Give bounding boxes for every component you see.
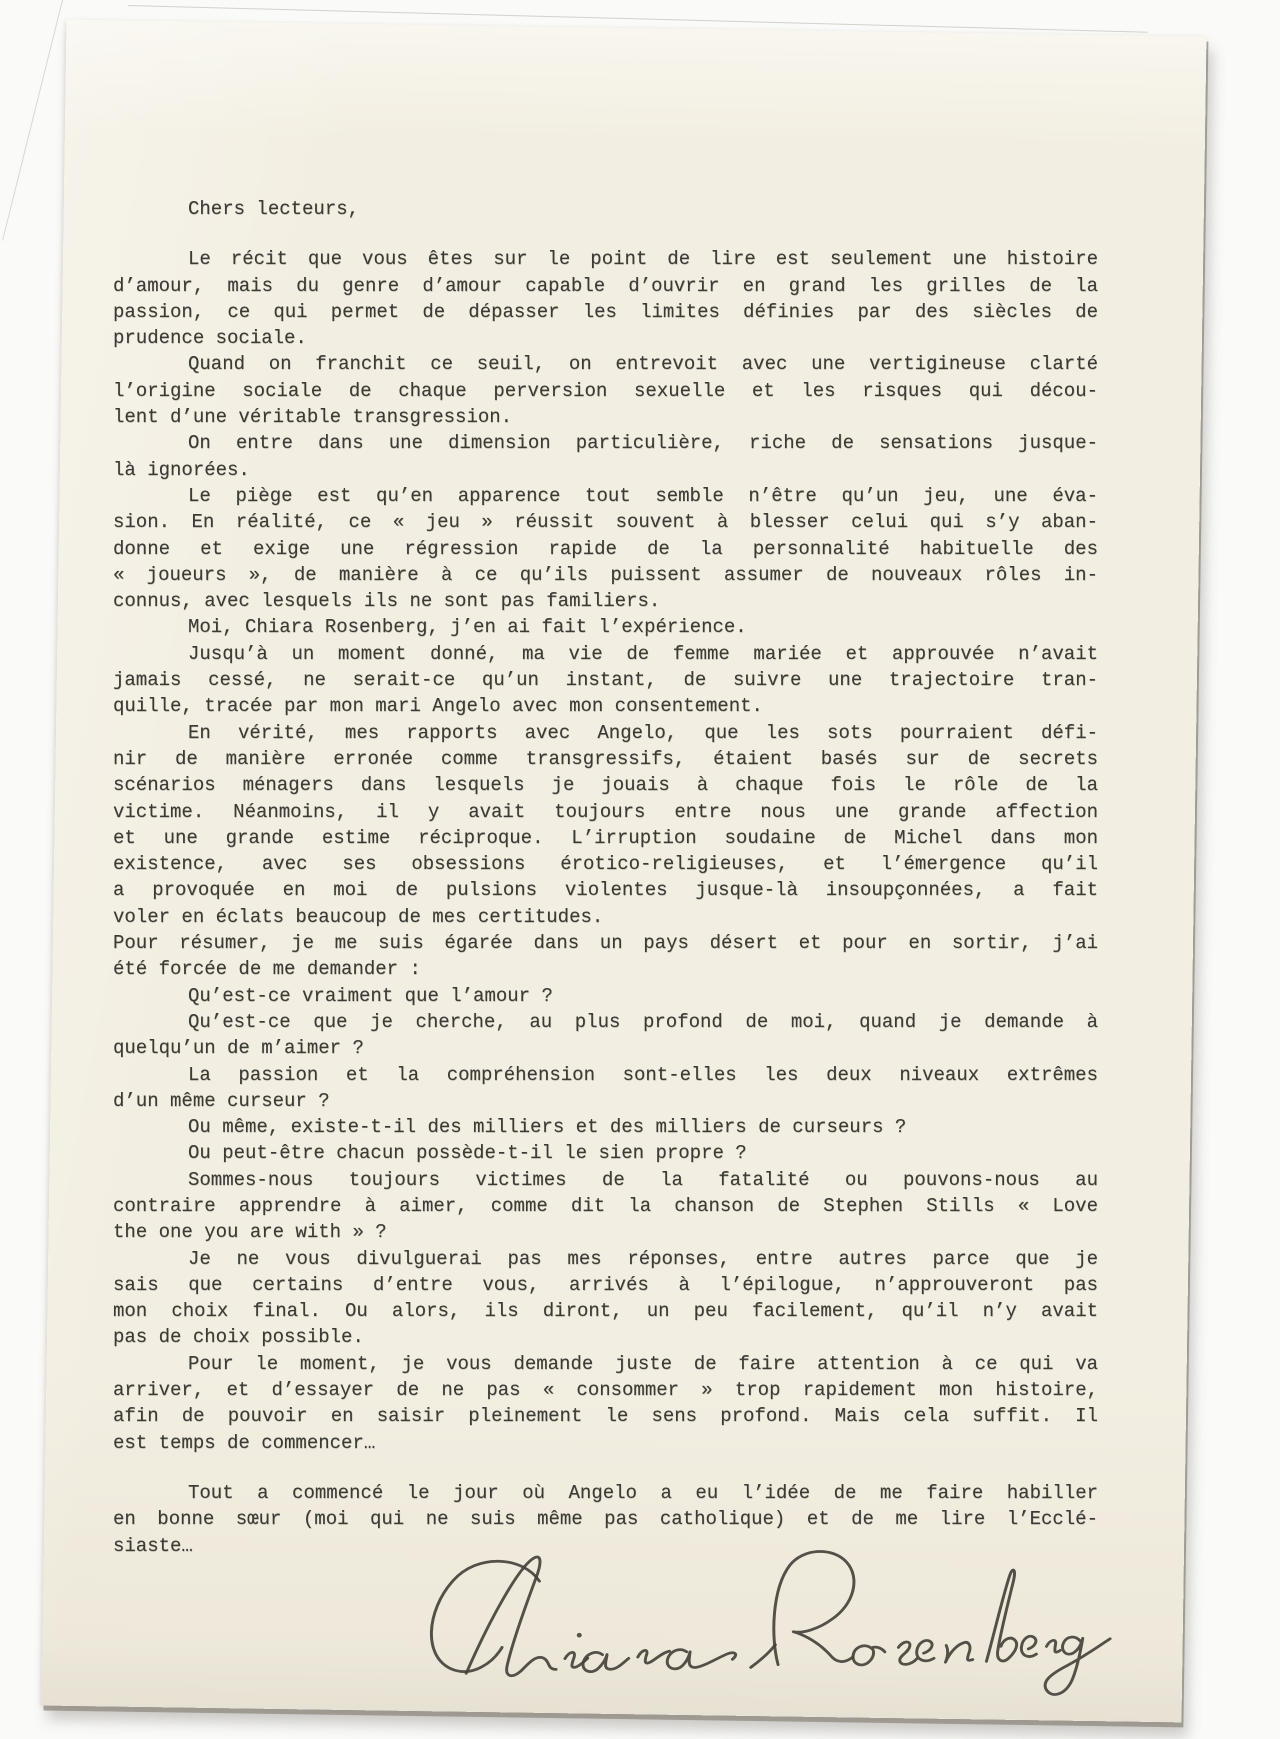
letter-line: mon choix final. Ou alors, ils diront, u… xyxy=(113,1298,1098,1324)
letter-line: Qu’est-ce que je cherche, au plus profon… xyxy=(113,1009,1098,1035)
letter-line: pas de choix possible. xyxy=(113,1324,1098,1350)
letter-line: nir de manière erronée comme transgressi… xyxy=(113,746,1098,772)
letter-line: lent d’une véritable transgression. xyxy=(113,404,1098,430)
letter-line: Le récit que vous êtes sur le point de l… xyxy=(113,246,1098,272)
letter-line: Le piège est qu’en apparence tout semble… xyxy=(113,483,1098,509)
letter-line: Quand on franchit ce seuil, on entrevoit… xyxy=(113,351,1098,377)
letter-line: Moi, Chiara Rosenberg, j’en ai fait l’ex… xyxy=(113,614,1098,640)
letter-line: d’amour, mais du genre d’amour capable d… xyxy=(113,273,1098,299)
letter-line: a provoquée en moi de pulsions violentes… xyxy=(113,877,1098,903)
letter-line: Qu’est-ce vraiment que l’amour ? xyxy=(113,983,1098,1009)
letter-line: Jusqu’à un moment donné, ma vie de femme… xyxy=(113,641,1098,667)
letter-line: Ou même, existe-t-il des milliers et des… xyxy=(113,1114,1098,1140)
letter-line: Je ne vous divulguerai pas mes réponses,… xyxy=(113,1246,1098,1272)
letter-line: Tout a commencé le jour où Angelo a eu l… xyxy=(113,1480,1098,1506)
letter-line: existence, avec ses obsessions érotico-r… xyxy=(113,851,1098,877)
letter-line: victime. Néanmoins, il y avait toujours … xyxy=(113,799,1098,825)
letter-line: est temps de commencer… xyxy=(113,1430,1098,1456)
letter-line: sais que certains d’entre vous, arrivés … xyxy=(113,1272,1098,1298)
letter-line: Sommes-nous toujours victimes de la fata… xyxy=(113,1167,1098,1193)
letter-line: On entre dans une dimension particulière… xyxy=(113,430,1098,456)
letter-line: donne et exige une régression rapide de … xyxy=(113,536,1098,562)
letter-line: afin de pouvoir en saisir pleinement le … xyxy=(113,1403,1098,1429)
letter-line: prudence sociale. xyxy=(113,325,1098,351)
letter-line: voler en éclats beaucoup de mes certitud… xyxy=(113,904,1098,930)
letter-line: Pour résumer, je me suis égarée dans un … xyxy=(113,930,1098,956)
letter-line: « joueurs », de manière à ce qu’ils puis… xyxy=(113,562,1098,588)
letter-line: jamais cessé, ne serait-ce qu’un instant… xyxy=(113,667,1098,693)
letter-line: quelqu’un de m’aimer ? xyxy=(113,1035,1098,1061)
letter-line: sion. En réalité, ce « jeu » réussit sou… xyxy=(113,509,1098,535)
letter-line: passion, ce qui permet de dépasser les l… xyxy=(113,299,1098,325)
letter-body: Chers lecteurs,Le récit que vous êtes su… xyxy=(113,196,1098,1559)
signature-ink-icon xyxy=(404,1538,1113,1711)
letter-line: Pour le moment, je vous demande juste de… xyxy=(113,1351,1098,1377)
letter-line: quille, tracée par mon mari Angelo avec … xyxy=(113,693,1098,719)
letter-line: the one you are with » ? xyxy=(113,1219,1098,1245)
letter-line: là ignorées. xyxy=(113,457,1098,483)
scanned-letter-page: Chers lecteurs,Le récit que vous êtes su… xyxy=(0,0,1280,1739)
letter-line: Chers lecteurs, xyxy=(113,196,1098,222)
letter-line: scénarios ménagers dans lesquels je joua… xyxy=(113,772,1098,798)
paper-edge-line-left xyxy=(2,0,65,241)
letter-line: été forcée de me demander : xyxy=(113,956,1098,982)
letter-line: connus, avec lesquels ils ne sont pas fa… xyxy=(113,588,1098,614)
letter-line: en bonne sœur (moi qui ne suis même pas … xyxy=(113,1506,1098,1532)
letter-line: En vérité, mes rapports avec Angelo, que… xyxy=(113,720,1098,746)
letter-line: l’origine sociale de chaque perversion s… xyxy=(113,378,1098,404)
signature-handwriting xyxy=(404,1538,1113,1711)
letter-line: d’un même curseur ? xyxy=(113,1088,1098,1114)
letter-line: Ou peut-être chacun possède-t-il le sien… xyxy=(113,1140,1098,1166)
letter-line: contraire apprendre à aimer, comme dit l… xyxy=(113,1193,1098,1219)
letter-line: arriver, et d’essayer de ne pas « consom… xyxy=(113,1377,1098,1403)
letter-line: La passion et la compréhension sont-elle… xyxy=(113,1062,1098,1088)
letter-line: et une grande estime réciproque. L’irrup… xyxy=(113,825,1098,851)
